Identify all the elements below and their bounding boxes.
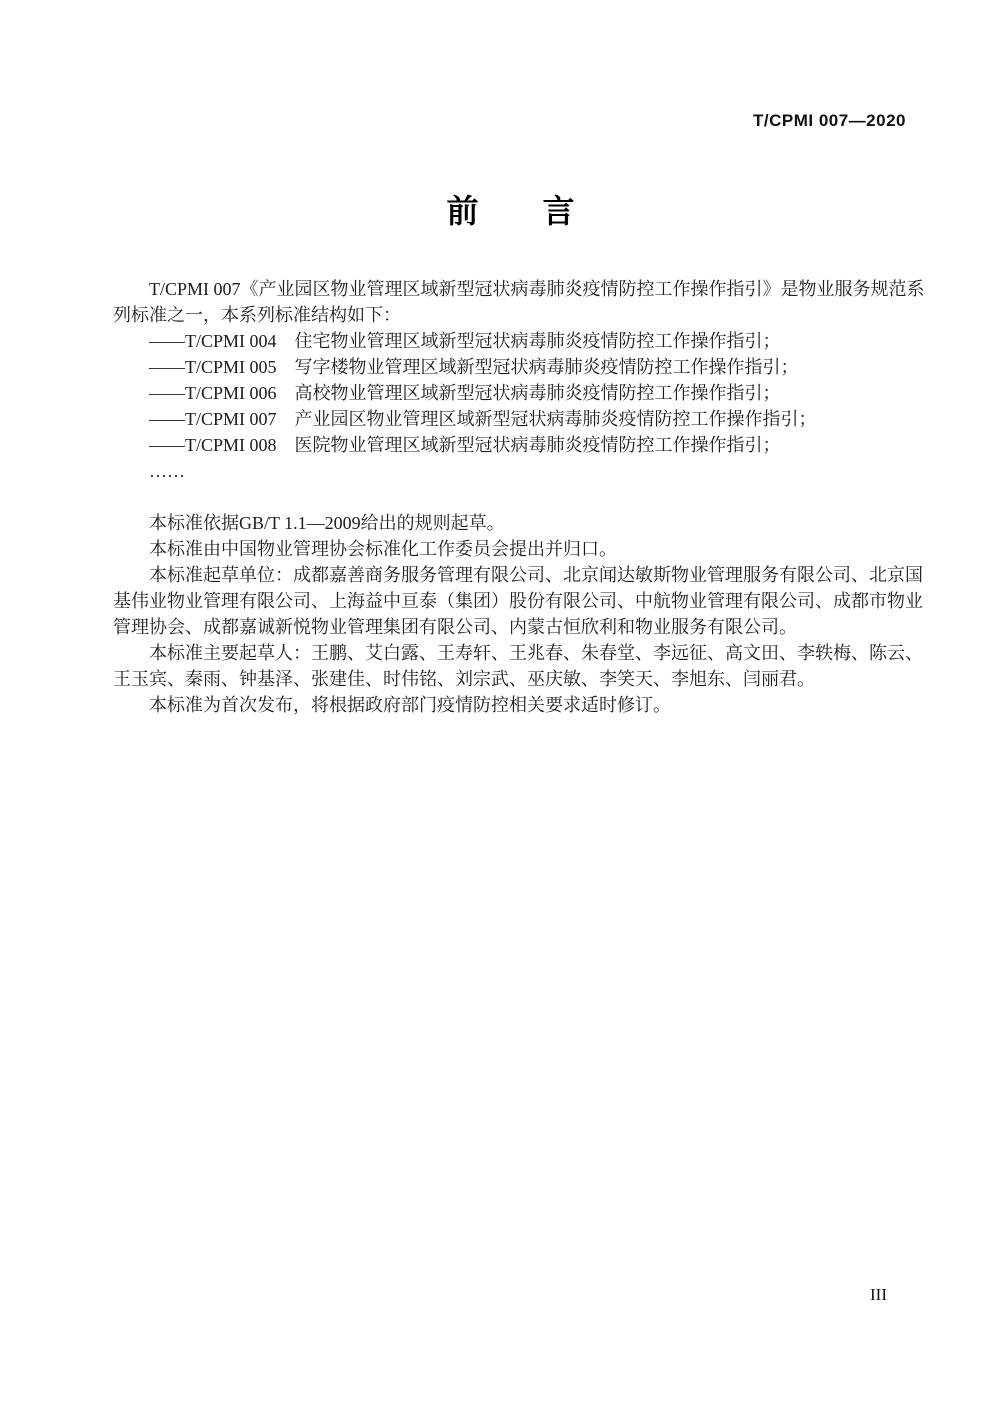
page-title: 前 言	[113, 186, 908, 232]
series-list-item: ——T/CPMI 008 医院物业管理区域新型冠状病毒肺炎疫情防控工作操作指引；	[113, 432, 913, 458]
series-list-item: ——T/CPMI 004 住宅物业管理区域新型冠状病毒肺炎疫情防控工作操作指引；	[113, 328, 913, 354]
document-page: T/CPMI 007—2020 前 言 T/CPMI 007《产业园区物业管理区…	[0, 0, 1000, 1414]
drafting-units-line: 基伟业物业管理有限公司、上海益中亘泰（集团）股份有限公司、中航物业管理有限公司、…	[113, 588, 913, 614]
drafting-units-line: 本标准起草单位：成都嘉善商务服务管理有限公司、北京闻达敏斯物业管理服务有限公司、…	[113, 562, 913, 588]
series-list-ellipsis: ……	[113, 458, 913, 484]
foreword-intro-line: 列标准之一，本系列标准结构如下：	[113, 302, 913, 328]
foreword-intro-line: T/CPMI 007《产业园区物业管理区域新型冠状病毒肺炎疫情防控工作操作指引》…	[113, 276, 913, 302]
series-list-item: ——T/CPMI 005 写字楼物业管理区域新型冠状病毒肺炎疫情防控工作操作指引…	[113, 354, 913, 380]
drafting-rule-line: 本标准依据GB/T 1.1—2009给出的规则起草。	[113, 510, 913, 536]
page-number: III	[870, 1285, 887, 1305]
proposing-body-line: 本标准由中国物业管理协会标准化工作委员会提出并归口。	[113, 536, 913, 562]
series-list-item: ——T/CPMI 007 产业园区物业管理区域新型冠状病毒肺炎疫情防控工作操作指…	[113, 406, 913, 432]
drafters-line: 王玉宾、秦雨、钟基泽、张建佳、时伟铭、刘宗武、巫庆敏、李笑天、李旭东、闫丽君。	[113, 666, 913, 692]
series-list-item: ——T/CPMI 006 高校物业管理区域新型冠状病毒肺炎疫情防控工作操作指引；	[113, 380, 913, 406]
drafters-line: 本标准主要起草人：王鹏、艾白露、王寿轩、王兆春、朱春堂、李远征、高文田、李轶梅、…	[113, 640, 913, 666]
drafting-units-line: 管理协会、成都嘉诚新悦物业管理集团有限公司、内蒙古恒欣利和物业服务有限公司。	[113, 614, 913, 640]
blank-line	[113, 484, 913, 510]
foreword-content: T/CPMI 007《产业园区物业管理区域新型冠状病毒肺炎疫情防控工作操作指引》…	[113, 276, 913, 718]
standard-number-header: T/CPMI 007—2020	[753, 111, 906, 131]
revision-note-line: 本标准为首次发布，将根据政府部门疫情防控相关要求适时修订。	[113, 692, 913, 718]
